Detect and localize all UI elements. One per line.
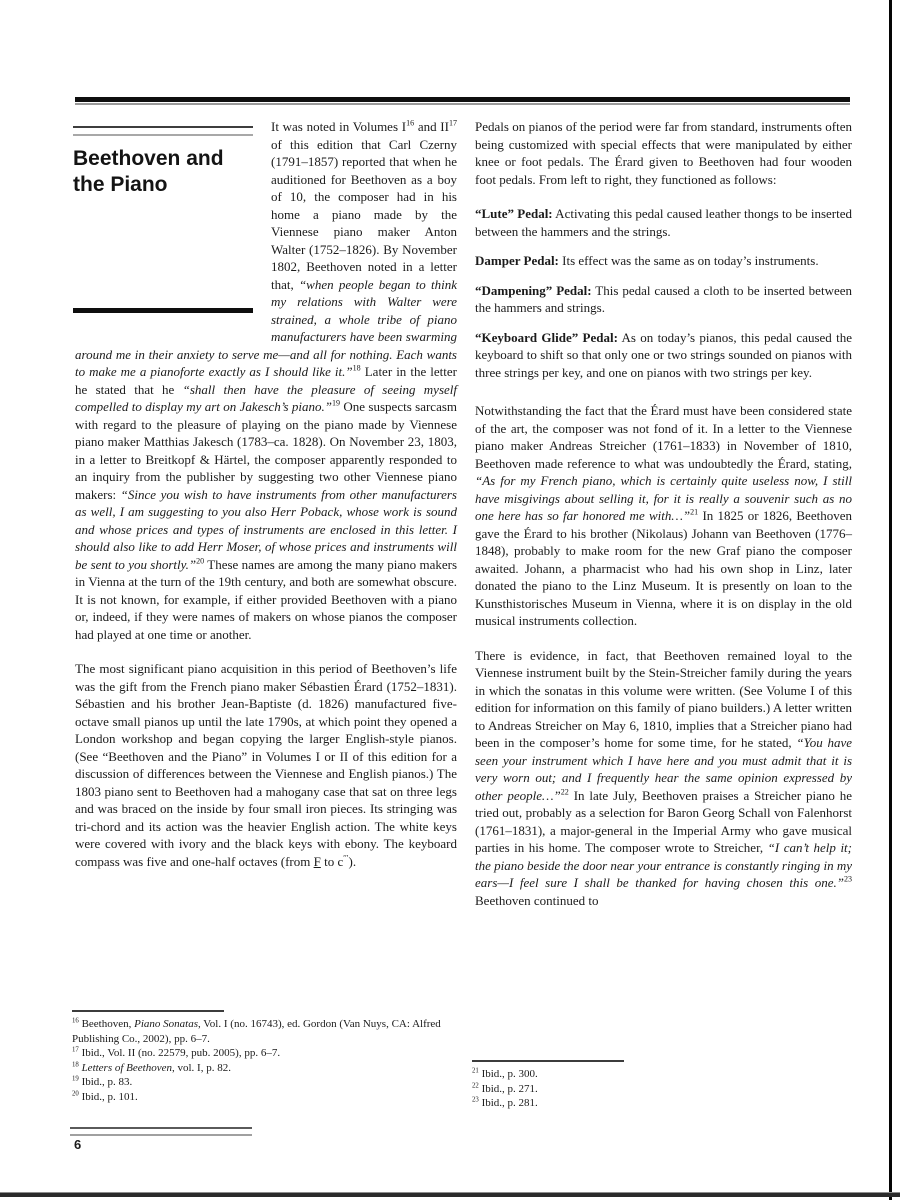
page-number-rule [70, 1127, 252, 1136]
scan-edge-bottom [0, 1192, 900, 1197]
heading-bottom-rule [73, 308, 253, 313]
footnote-16: 16 Beethoven, Piano Sonatas, Vol. I (no.… [72, 1017, 470, 1046]
footnote-19: 19 Ibid., p. 83. [72, 1075, 470, 1090]
section-title: Beethoven and the Piano [73, 146, 249, 198]
footnote-20: 20 Ibid., p. 101. [72, 1090, 470, 1105]
footnote-21: 21 Ibid., p. 300. [472, 1067, 852, 1082]
footnote-22: 22 Ibid., p. 271. [472, 1082, 852, 1097]
heading-top-double-rule [73, 126, 253, 136]
pedal-entry-damper: Damper Pedal: Its effect was the same as… [475, 252, 852, 270]
page-top-double-rule [75, 97, 850, 105]
top-rule-gray-line [75, 103, 850, 105]
footnote-23: 23 Ibid., p. 281. [472, 1096, 852, 1111]
left-paragraph-2: The most significant piano acquisition i… [75, 660, 457, 870]
right-paragraph-1: Pedals on pianos of the period were far … [475, 118, 852, 188]
right-column: Pedals on pianos of the period were far … [475, 118, 852, 926]
section-heading-box: Beethoven and the Piano [75, 118, 271, 330]
footnote-18: 18 Letters of Beethoven, vol. I, p. 82. [72, 1061, 470, 1076]
right-paragraph-2: Notwithstanding the fact that the Érard … [475, 402, 852, 630]
footnote-17: 17 Ibid., Vol. II (no. 22579, pub. 2005)… [72, 1046, 470, 1061]
footnote-separator-right [472, 1060, 624, 1062]
pedal-entry-dampening: “Dampening” Pedal: This pedal caused a c… [475, 282, 852, 317]
left-column: Beethoven and the Piano It was noted in … [75, 118, 457, 887]
pedal-entry-lute: “Lute” Pedal: Activating this pedal caus… [475, 205, 852, 240]
right-paragraph-3: There is evidence, in fact, that Beethov… [475, 647, 852, 910]
footnotes-left: 16 Beethoven, Piano Sonatas, Vol. I (no.… [72, 1010, 470, 1104]
scan-edge-right [889, 0, 892, 1200]
footnote-separator-left [72, 1010, 224, 1012]
page-number: 6 [74, 1137, 81, 1152]
footnotes-right: 21 Ibid., p. 300. 22 Ibid., p. 271. 23 I… [472, 1060, 852, 1111]
book-page: Beethoven and the Piano It was noted in … [0, 0, 900, 1200]
pedal-entry-keyboard-glide: “Keyboard Glide” Pedal: As on today’s pi… [475, 329, 852, 382]
